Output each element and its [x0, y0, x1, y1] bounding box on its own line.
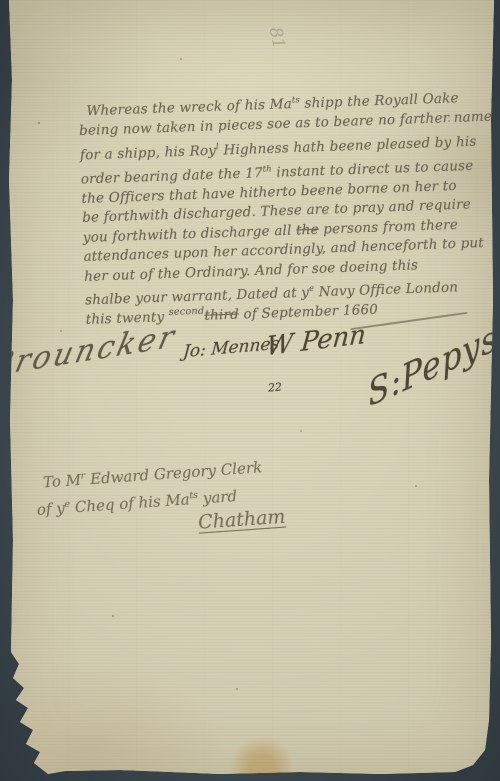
penn-paraph-mark: 22 [267, 380, 282, 394]
signature-w-penn: W Penn [265, 320, 367, 363]
scanned-document-photo: 81 Whereas the wreck of his Mats shipp t… [0, 0, 500, 781]
signature-s-pepys: S:Pepys [366, 316, 500, 415]
manuscript-paper-sheet: 81 Whereas the wreck of his Mats shipp t… [0, 0, 500, 781]
warrant-body-text: Whereas the wreck of his Mats shipp the … [78, 84, 484, 331]
paper-specks [0, 0, 2, 2]
address-block: To Mr Edward Gregory Clerkof ye Cheq of … [34, 445, 369, 546]
pencil-archival-mark: 81 [265, 25, 289, 50]
bottom-left-initial-mark: E [0, 736, 16, 767]
